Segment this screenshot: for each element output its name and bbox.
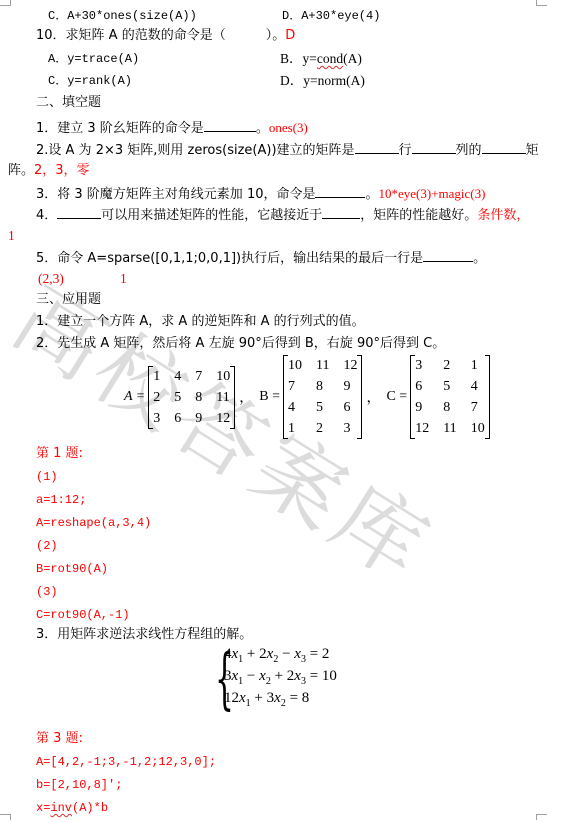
q9-option-d: D．A+30*eye(4) <box>282 6 380 25</box>
code-line: B=rot90(A) <box>36 560 108 578</box>
matrix-row: A = 14710 25811 36912 ， B = 101112 789 4… <box>124 356 490 438</box>
fill-q5: 5．命令 A=sparse([0,1,1;0,0,1])执行后，输出结果的最后一… <box>36 248 486 268</box>
q9-option-c: C．A+30*ones(size(A)) <box>48 6 197 25</box>
fill-q4-answer: 条件数， <box>477 208 529 223</box>
fill-q1: 1．建立 3 阶幺矩阵的命令是。ones(3) <box>36 118 308 138</box>
answer1-title: 第 1 题: <box>36 445 83 463</box>
app-q2: 2．先生成 A 矩阵，然后将 A 左旋 90°后得到 B，右旋 90°后得到 C… <box>36 335 445 353</box>
code-line: b=[2,10,8]'; <box>36 776 122 794</box>
fill-q5-answer-value: 1 <box>120 270 127 288</box>
q10-answer: D <box>285 28 295 43</box>
section-heading-application: 三、应用题 <box>36 291 101 309</box>
fill-q2-continued: 阵。2，3，零 <box>8 162 90 180</box>
page-corner-mark <box>536 0 547 6</box>
q10-option-c: C．y=rank(A) <box>48 72 132 90</box>
q10-option-a: A．y=trace(A) <box>48 50 139 68</box>
fill-q2-answer: 2，3，零 <box>34 163 90 178</box>
code-line: A=[4,2,-1;3,-1,2;12,3,0]; <box>36 753 216 771</box>
code-line: a=1:12; <box>36 491 86 509</box>
matrix-a-label: A = <box>124 389 145 405</box>
code-line: (1) <box>36 468 58 486</box>
code-line: x=inv(A)*b <box>36 799 108 817</box>
spellcheck-word: cond <box>317 51 343 66</box>
q10-option-b: B．y=cond(A) <box>280 50 362 68</box>
fill-q3-answer: 10*eye(3)+magic(3) <box>379 186 486 201</box>
fill-q4-answer-continued: 1 <box>8 227 15 245</box>
equation-1: 4x1 + 2x2 − x3 = 2 <box>224 646 329 665</box>
app-q1: 1．建立一个方阵 A，求 A 的逆矩阵和 A 的行列式的值。 <box>36 313 365 331</box>
section-heading-fill-blank: 二、填空题 <box>36 94 101 112</box>
matrix-c: 321 654 987 121110 <box>410 355 489 439</box>
code-line: (2) <box>36 537 58 555</box>
q10-option-d: D．y=norm(A) <box>280 72 365 90</box>
page-corner-mark <box>0 814 11 820</box>
page-corner-mark <box>0 0 11 6</box>
matrix-a: 14710 25811 36912 <box>148 366 235 429</box>
code-line: A=reshape(a,3,4) <box>36 514 151 532</box>
fill-q3: 3．将 3 阶魔方矩阵主对角线元素加 10，命令是。10*eye(3)+magi… <box>36 184 485 204</box>
code-line: C=rot90(A,-1) <box>36 606 130 624</box>
matrix-b: 101112 789 456 123 <box>283 355 362 439</box>
code-line: (3) <box>36 583 58 601</box>
equation-2: 3x1 − x2 + 2x3 = 10 <box>224 668 337 687</box>
fill-q2: 2.设 A 为 2×3 矩阵,则用 zeros(size(A))建立的矩阵是行列… <box>36 140 539 160</box>
fill-q5-answer-index: (2,3) <box>38 270 64 288</box>
spellcheck-word: inv <box>50 801 72 815</box>
matrix-b-label: B = <box>259 389 280 405</box>
answer3-title: 第 3 题: <box>36 730 83 748</box>
fill-q4: 4．可以用来描述矩阵的性能，它越接近于，矩阵的性能越好。条件数， <box>36 205 529 225</box>
matrix-c-label: C = <box>386 389 407 405</box>
fill-q1-answer: ones(3) <box>269 120 308 135</box>
q10-stem: 10．求矩阵 A 的范数的命令是（）。D <box>36 27 295 45</box>
equation-3: 12x1 + 3x2 = 8 <box>224 690 309 709</box>
page-corner-mark <box>536 814 547 820</box>
